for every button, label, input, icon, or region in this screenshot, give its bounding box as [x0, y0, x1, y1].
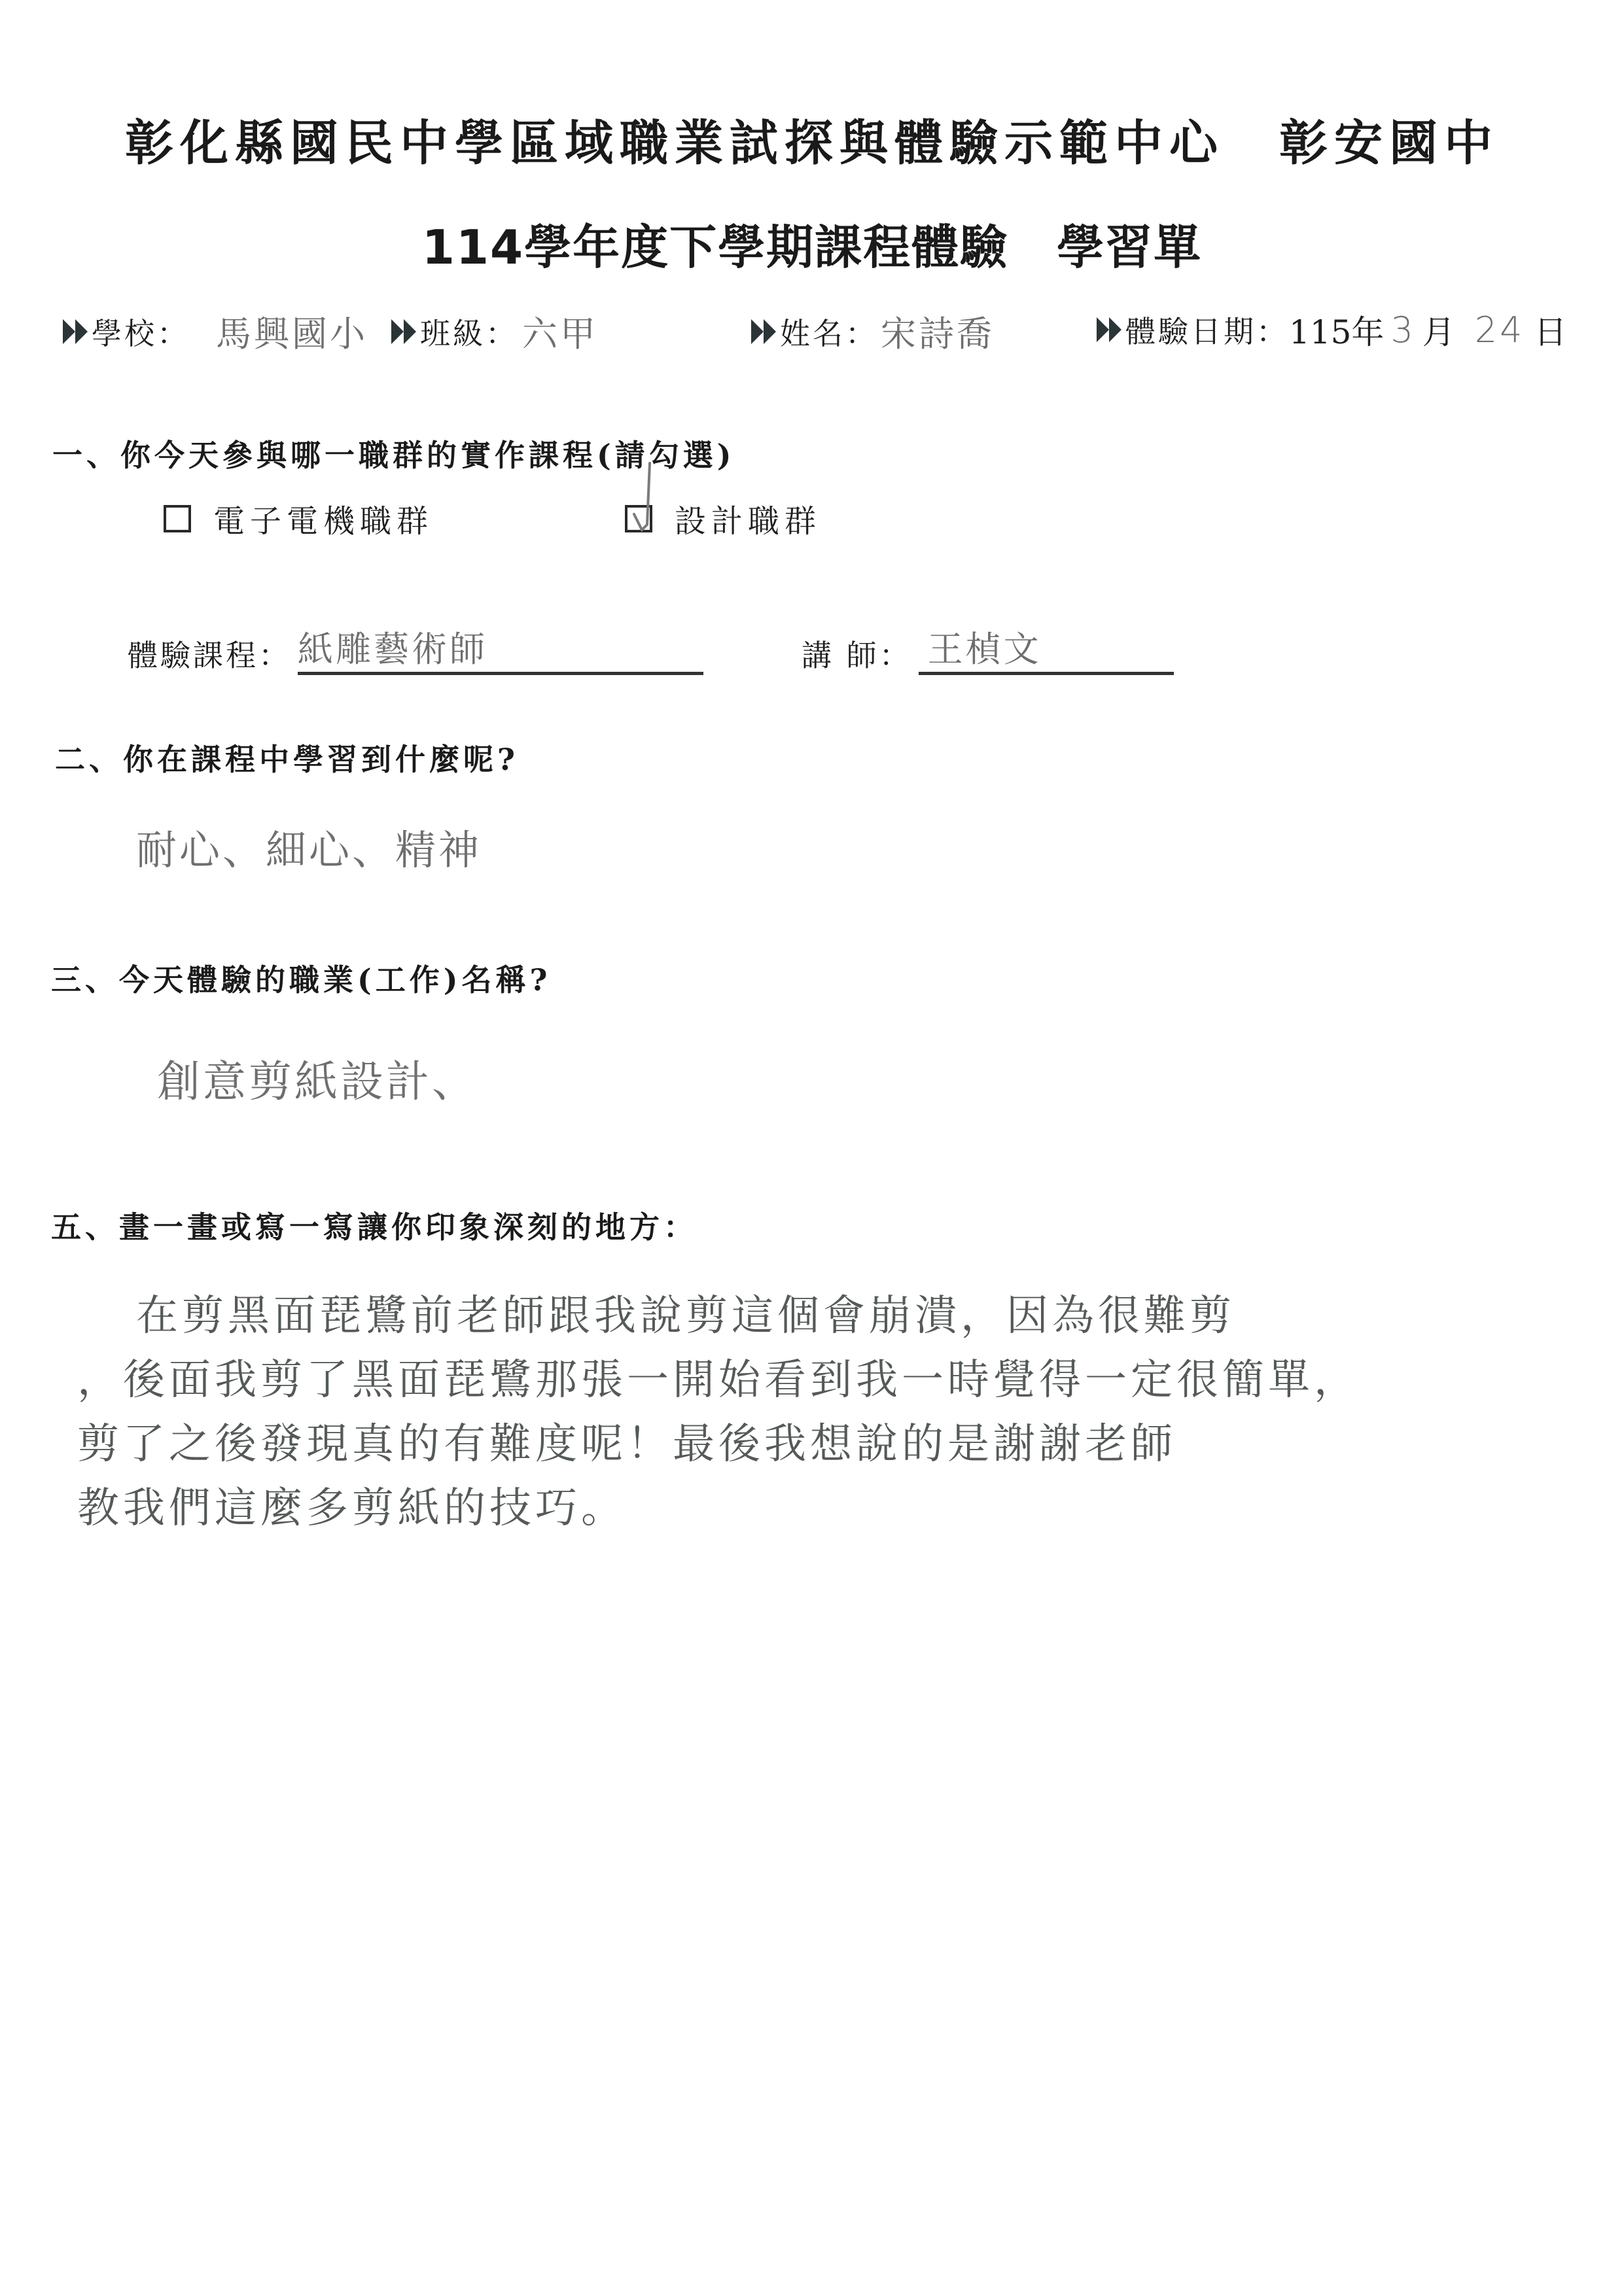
- class-field: 班級： 六甲: [391, 306, 598, 357]
- date-field: 體驗日期： 115年 3 月 24 日: [1097, 306, 1567, 353]
- option-label: 設計職群: [675, 496, 821, 541]
- school-value[interactable]: 馬興國小: [216, 306, 368, 357]
- option-label: 電子電機職群: [213, 496, 433, 541]
- document-subtitle: 114學年度下學期課程體驗 學習單: [0, 209, 1624, 277]
- course-field: 體驗課程： 紙雕藝術師: [128, 621, 703, 675]
- date-day-suffix: 日: [1534, 306, 1567, 353]
- section2-answer[interactable]: 耐心、細心、精神: [136, 818, 482, 876]
- section2-title: 二、你在課程中學習到什麼呢?: [55, 736, 519, 779]
- date-month-value[interactable]: 3: [1390, 309, 1415, 351]
- answer-line: 剪了之後發現真的有難度呢！最後我想說的是謝謝老師: [77, 1410, 1360, 1470]
- course-input[interactable]: 紙雕藝術師: [298, 621, 703, 675]
- date-year: 115年: [1289, 306, 1384, 353]
- name-label: 姓名：: [780, 310, 878, 353]
- document-title: 彰化縣國民中學區域職業試探與體驗示範中心 彰安國中: [0, 105, 1624, 174]
- name-field: 姓名： 宋詩喬: [751, 306, 995, 357]
- double-arrow-bullet-icon: [1097, 317, 1121, 342]
- instructor-label: 講 師：: [802, 632, 912, 675]
- section5-title: 五、畫一畫或寫一寫讓你印象深刻的地方：: [51, 1204, 697, 1247]
- name-value[interactable]: 宋詩喬: [881, 306, 995, 357]
- school-field: 學校： 馬興國小: [63, 306, 368, 357]
- double-arrow-bullet-icon: [391, 319, 416, 344]
- checkbox-unchecked[interactable]: [164, 505, 191, 532]
- answer-line: 教我們這麼多剪紙的技巧。: [77, 1474, 1360, 1535]
- option-electronics[interactable]: 電子電機職群: [164, 496, 433, 541]
- answer-line: 在剪黑面琵鷺前老師跟我說剪這個會崩潰，因為很難剪: [90, 1282, 1360, 1342]
- checkbox-checked[interactable]: [625, 505, 652, 532]
- answer-line: ，後面我剪了黑面琵鷺那張一開始看到我一時覺得一定很簡單，: [77, 1346, 1360, 1406]
- double-arrow-bullet-icon: [751, 319, 776, 344]
- instructor-value: 王楨文: [928, 629, 1042, 670]
- double-arrow-bullet-icon: [63, 319, 88, 344]
- date-label: 體驗日期：: [1125, 308, 1289, 351]
- option-design[interactable]: 設計職群: [625, 496, 821, 541]
- class-label: 班級：: [420, 310, 518, 353]
- checkmark-icon: [633, 462, 659, 534]
- instructor-input[interactable]: 王楨文: [919, 621, 1174, 675]
- date-month-suffix: 月: [1422, 306, 1455, 353]
- student-info-row: 學校： 馬興國小 班級： 六甲 姓名： 宋詩喬 體驗日期： 115年 3 月 2…: [0, 306, 1624, 358]
- section3-title: 三、今天體驗的職業(工作)名稱?: [51, 956, 551, 1000]
- course-label: 體驗課程：: [128, 632, 291, 675]
- course-value: 紙雕藝術師: [298, 629, 487, 670]
- date-day-value[interactable]: 24: [1475, 309, 1525, 351]
- class-value[interactable]: 六甲: [522, 306, 598, 357]
- section3-answer[interactable]: 創意剪紙設計、: [157, 1047, 478, 1109]
- section5-answer[interactable]: 在剪黑面琵鷺前老師跟我說剪這個會崩潰，因為很難剪 ，後面我剪了黑面琵鷺那張一開始…: [77, 1282, 1360, 1535]
- instructor-field: 講 師： 王楨文: [802, 621, 1174, 675]
- school-label: 學校：: [92, 310, 190, 353]
